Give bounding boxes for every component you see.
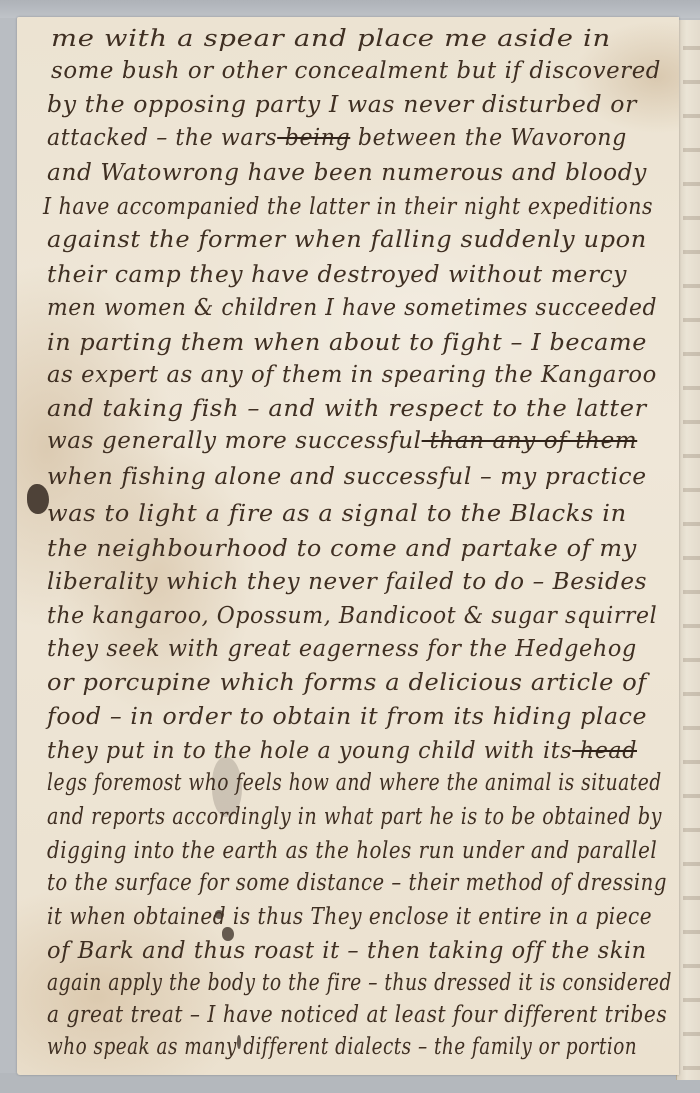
- manuscript-line: to the surface for some distance – their…: [47, 870, 667, 896]
- manuscript-line: in parting them when about to fight – I …: [47, 330, 647, 356]
- manuscript-line: and reports accordingly in what part he …: [47, 804, 662, 830]
- line-text: and taking fish – and with respect to th…: [47, 396, 647, 422]
- manuscript-line: legs foremost who feels how and where th…: [47, 770, 662, 796]
- manuscript-line: me with a spear and place me aside in: [51, 26, 611, 52]
- manuscript-line: and taking fish – and with respect to th…: [47, 396, 647, 422]
- struck-through-text: than any of them: [422, 428, 638, 454]
- manuscript-line: digging into the earth as the holes run …: [47, 838, 657, 864]
- line-text: men women & children I have sometimes su…: [47, 295, 657, 321]
- line-text: was generally more successful: [47, 428, 422, 454]
- line-text: again apply the body to the fire – thus …: [47, 970, 672, 996]
- ink-blot: [27, 484, 49, 514]
- manuscript-line: when fishing alone and successful – my p…: [47, 464, 647, 490]
- manuscript-line: their camp they have destroyed without m…: [47, 262, 627, 288]
- adjacent-page-edge: [676, 20, 700, 1080]
- line-text: they put in to the hole a young child wi…: [47, 738, 572, 764]
- line-text: of Bark and thus roast it – then taking …: [47, 938, 647, 964]
- manuscript-line: it when obtained is thus They enclose it…: [47, 904, 652, 930]
- manuscript-line: and Watowrong have been numerous and blo…: [47, 160, 647, 186]
- line-text: by the opposing party I was never distur…: [47, 92, 637, 118]
- manuscript-line: some bush or other concealment but if di…: [51, 58, 661, 84]
- line-text: was to light a fire as a signal to the B…: [47, 501, 627, 527]
- line-text: they seek with great eagerness for the H…: [47, 636, 637, 662]
- line-text: legs foremost who feels how and where th…: [47, 770, 662, 796]
- line-text: I have accompanied the latter in their n…: [43, 194, 653, 220]
- struck-through-text: head: [572, 738, 637, 764]
- manuscript-page: me with a spear and place me aside insom…: [17, 17, 679, 1075]
- line-text: liberality which they never failed to do…: [47, 569, 647, 595]
- manuscript-line: again apply the body to the fire – thus …: [47, 970, 672, 996]
- manuscript-line: who speak as many different dialects – t…: [47, 1034, 637, 1060]
- manuscript-line: or porcupine which forms a delicious art…: [47, 670, 647, 696]
- manuscript-line: against the former when falling suddenly…: [47, 227, 647, 253]
- manuscript-line: liberality which they never failed to do…: [47, 569, 647, 595]
- line-text: and reports accordingly in what part he …: [47, 804, 662, 830]
- manuscript-line: they put in to the hole a young child wi…: [47, 738, 637, 764]
- manuscript-line: by the opposing party I was never distur…: [47, 92, 637, 118]
- line-text: against the former when falling suddenly…: [47, 227, 647, 253]
- line-text: some bush or other concealment but if di…: [51, 58, 661, 84]
- manuscript-line: a great treat – I have noticed at least …: [47, 1002, 667, 1028]
- line-text: it when obtained is thus They enclose it…: [47, 904, 652, 930]
- line-text: a great treat – I have noticed at least …: [47, 1002, 667, 1028]
- manuscript-line: was to light a fire as a signal to the B…: [47, 501, 627, 527]
- line-text: digging into the earth as the holes run …: [47, 838, 657, 864]
- line-text: when fishing alone and successful – my p…: [47, 464, 647, 490]
- manuscript-line: they seek with great eagerness for the H…: [47, 636, 637, 662]
- line-text-continued: between the Wavorong: [350, 125, 627, 151]
- manuscript-line: the neighbourhood to come and partake of…: [47, 536, 637, 562]
- manuscript-line: men women & children I have sometimes su…: [47, 295, 657, 321]
- background-bottom: [0, 1073, 700, 1093]
- manuscript-line: the kangaroo, Opossum, Bandicoot & sugar…: [47, 603, 657, 629]
- manuscript-line: as expert as any of them in spearing the…: [47, 362, 657, 388]
- line-text: food – in order to obtain it from its hi…: [47, 704, 647, 730]
- adjacent-page-writing: [683, 20, 700, 1080]
- line-text: and Watowrong have been numerous and blo…: [47, 160, 647, 186]
- line-text: the neighbourhood to come and partake of…: [47, 536, 637, 562]
- manuscript-line: attacked – the wars being between the Wa…: [47, 125, 627, 151]
- line-text: their camp they have destroyed without m…: [47, 262, 627, 288]
- struck-through-text: being: [277, 125, 350, 151]
- line-text: me with a spear and place me aside in: [51, 26, 611, 52]
- manuscript-line: was generally more successful than any o…: [47, 428, 637, 454]
- line-text: to the surface for some distance – their…: [47, 870, 667, 896]
- line-text: or porcupine which forms a delicious art…: [47, 670, 647, 696]
- background-top: [0, 0, 700, 18]
- line-text: in parting them when about to fight – I …: [47, 330, 647, 356]
- manuscript-line: of Bark and thus roast it – then taking …: [47, 938, 647, 964]
- line-text: as expert as any of them in spearing the…: [47, 362, 657, 388]
- line-text: the kangaroo, Opossum, Bandicoot & sugar…: [47, 603, 657, 629]
- manuscript-line: I have accompanied the latter in their n…: [43, 194, 653, 220]
- line-text: who speak as many different dialects – t…: [47, 1034, 637, 1060]
- line-text: attacked – the wars: [47, 125, 277, 151]
- manuscript-line: food – in order to obtain it from its hi…: [47, 704, 647, 730]
